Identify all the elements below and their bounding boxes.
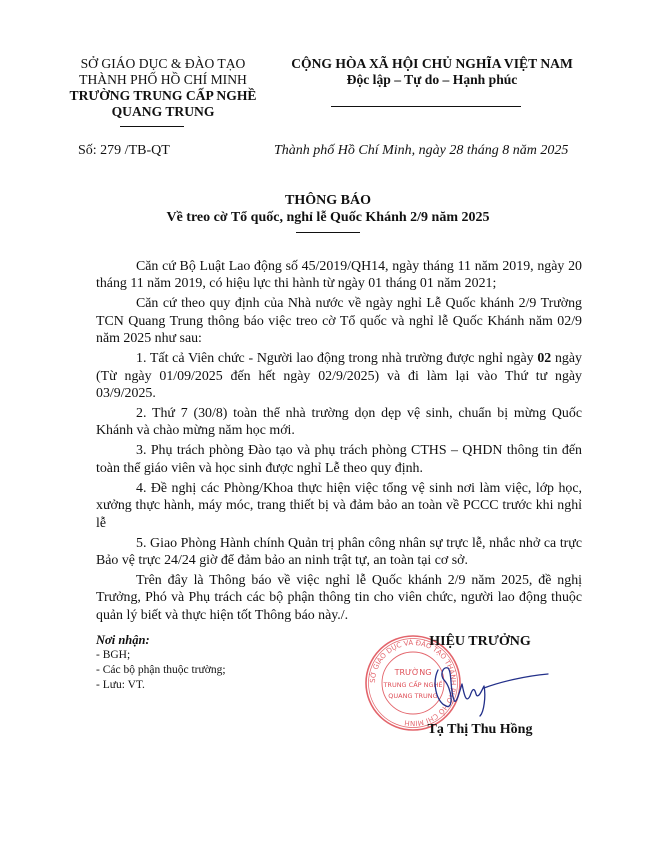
issuing-authority-block: SỞ GIÁO DỤC & ĐÀO TẠO THÀNH PHỐ HỒ CHÍ M… [48,56,278,120]
document-number: Số: 279 /TB-QT [78,143,170,159]
national-title-block: CỘNG HÒA XÃ HỘI CHỦ NGHĨA VIỆT NAM Độc l… [272,56,592,88]
signer-title: HIỆU TRƯỞNG [400,634,560,650]
place-date: Thành phố Hồ Chí Minh, ngày 28 tháng 8 n… [274,143,568,159]
item-1-text-a: 1. Tất cả Viên chức - Người lao động tro… [136,351,537,366]
document-title-block: THÔNG BÁO Về treo cờ Tổ quốc, nghỉ lễ Qu… [0,192,656,226]
item-3: 3. Phụ trách phòng Đào tạo và phụ trách … [96,442,582,477]
authority-line-1: SỞ GIÁO DỤC & ĐÀO TẠO [48,56,278,72]
document-title: THÔNG BÁO [0,192,656,209]
item-1-days: 02 [537,351,551,366]
school-name-underline [120,126,184,127]
document-body: Căn cứ Bộ Luật Lao động số 45/2019/QH14,… [96,258,582,627]
item-2: 2. Thứ 7 (30/8) toàn thể nhà trường dọn … [96,405,582,440]
recipient-item: - Lưu: VT. [96,678,226,693]
national-motto: Độc lập – Tự do – Hạnh phúc [272,72,592,88]
school-name-line-1: TRƯỜNG TRUNG CẤP NGHỀ [48,88,278,104]
signer-name: Tạ Thị Thu Hồng [400,722,560,738]
national-title: CỘNG HÒA XÃ HỘI CHỦ NGHĨA VIỆT NAM [272,56,592,72]
item-4: 4. Đề nghị các Phòng/Khoa thực hiện việc… [96,480,582,532]
handwritten-signature-icon [430,660,550,720]
stamp-center-1: TRƯỜNG [394,666,432,677]
paragraph-legal-basis-1: Căn cứ Bộ Luật Lao động số 45/2019/QH14,… [96,258,582,293]
paragraph-legal-basis-2: Căn cứ theo quy định của Nhà nước về ngà… [96,295,582,347]
document-subtitle: Về treo cờ Tổ quốc, nghỉ lễ Quốc Khánh 2… [0,209,656,226]
recipients-block: Nơi nhận: - BGH; - Các bộ phận thuộc trư… [96,633,226,693]
school-name-line-2: QUANG TRUNG [48,104,278,120]
item-5: 5. Giao Phòng Hành chính Quản trị phân c… [96,535,582,570]
authority-line-2: THÀNH PHỐ HỒ CHÍ MINH [48,72,278,88]
motto-underline [331,106,521,107]
item-1: 1. Tất cả Viên chức - Người lao động tro… [96,350,582,402]
recipient-item: - BGH; [96,648,226,663]
subtitle-underline [296,232,360,233]
recipient-item: - Các bộ phận thuộc trường; [96,663,226,678]
closing-paragraph: Trên đây là Thông báo về việc nghỉ lễ Qu… [96,572,582,624]
recipients-label: Nơi nhận: [96,633,226,648]
